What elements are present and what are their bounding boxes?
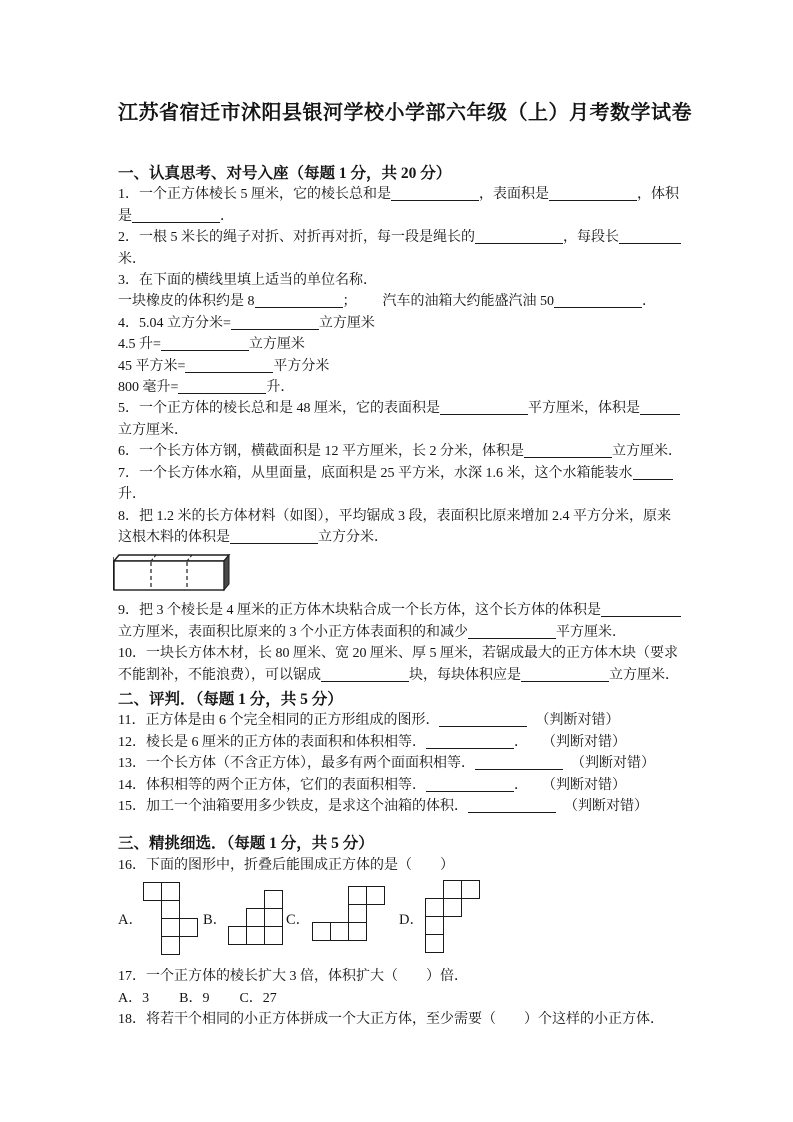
question-14: 14．体积相等的两个正方体，它们的表面积相等．．（判断对错） <box>118 775 680 796</box>
net-cell <box>425 898 444 917</box>
question-2-cont: 米． <box>118 249 680 270</box>
net-option-label-b: B． <box>203 908 227 929</box>
answer-blank <box>619 231 681 244</box>
question-8: 8．把 1.2 米的长方体材料（如图），平均锯成 3 段，表面积比原来增加 2.… <box>118 506 680 527</box>
question-8-cont: 这根木料的体积是立方分米． <box>118 527 680 548</box>
net-cell <box>246 926 265 945</box>
question-10: 10．一块长方体木材，长 80 厘米、宽 20 厘米、厚 5 厘米，若锯成最大的… <box>118 643 680 664</box>
text-run: ）个这样的小正方体． <box>524 1012 664 1027</box>
answer-blank <box>178 381 266 394</box>
answer-blank <box>440 402 528 415</box>
answer-blank <box>230 531 318 544</box>
question-7: 7．一个长方体水箱，从里面量，底面积是 25 平方米，水深 1.6 米，这个水箱… <box>118 463 680 484</box>
question-9-cont: 立方厘米，表面积比原来的 3 个小正方体表面积的和减少平方厘米． <box>118 622 680 643</box>
text-run: 汽车的油箱大约能盛汽油 50 <box>383 294 555 309</box>
text-run: 二、评判．（每题 1 分，共 5 分） <box>118 691 343 708</box>
text-run: ，表面积是 <box>479 187 549 202</box>
text-run: 12．棱长是 6 厘米的正方体的表面积和体积相等． <box>118 735 426 750</box>
net-cell <box>348 886 367 905</box>
text-run: 立方厘米． <box>612 444 682 459</box>
question-17: 17．一个正方体的棱长扩大 3 倍，体积扩大（）倍． <box>118 966 680 987</box>
text-run: 立方厘米，表面积比原来的 3 个小正方体表面积的和减少 <box>118 625 468 640</box>
text-run: （判断对错） <box>535 713 619 728</box>
text-run: ，体积 <box>637 187 679 202</box>
text-run: 一、认真思考、对号入座（每题 1 分，共 20 分） <box>118 165 451 182</box>
text-run: B．9 <box>179 991 209 1006</box>
text-run: ． <box>642 294 656 309</box>
text-run: ） <box>440 858 454 873</box>
text-run: 三、精挑细选．（每题 1 分，共 5 分） <box>118 835 374 852</box>
spacer-gap <box>496 1022 524 1023</box>
spacer-gap <box>528 788 542 789</box>
text-run: 平方厘米，体积是 <box>528 401 640 416</box>
text-run: ． <box>514 735 528 750</box>
text-run: （判断对错） <box>542 778 626 793</box>
exam-page: 江苏省宿迁市沭阳县银河学校小学部六年级（上）月考数学试卷 一、认真思考、对号入座… <box>0 0 793 1122</box>
text-run: 立方厘米． <box>609 668 679 683</box>
question-2: 2．一根 5 米长的绳子对折、对折再对折，每一段是绳长的，每段长 <box>118 227 680 248</box>
answer-blank <box>161 338 249 351</box>
text-run: 4.5 升= <box>118 337 161 352</box>
net-cell <box>425 916 444 935</box>
net-cell <box>443 880 462 899</box>
text-run: 17．一个正方体的棱长扩大 3 倍，体积扩大（ <box>118 969 398 984</box>
spacer-gap <box>149 1001 179 1002</box>
text-run: 升． <box>266 380 294 395</box>
answer-blank <box>475 231 563 244</box>
answer-blank <box>439 714 527 727</box>
answer-blank <box>633 467 673 480</box>
answer-blank <box>475 757 563 770</box>
text-run: 2．一根 5 米长的绳子对折、对折再对折，每一段是绳长的 <box>118 230 475 245</box>
text-run: 1．一个正方体棱长 5 厘米，它的棱长总和是 <box>118 187 391 202</box>
answer-blank <box>321 669 409 682</box>
text-run: 6．一个长方体方钢，横截面积是 12 平方厘米，长 2 分米，体积是 <box>118 444 524 459</box>
net-cell <box>312 922 331 941</box>
text-run: 8．把 1.2 米的长方体材料（如图），平均锯成 3 段，表面积比原来增加 2.… <box>118 509 671 524</box>
text-run: ，每段长 <box>563 230 619 245</box>
question-4-b: 4.5 升=立方厘米 <box>118 334 680 355</box>
text-run: （判断对错） <box>542 735 626 750</box>
net-cell <box>264 926 283 945</box>
net-cell <box>264 908 283 927</box>
question-16: 16．下面的图形中，折叠后能围成正方体的是（） <box>118 855 680 876</box>
question-6: 6．一个长方体方钢，横截面积是 12 平方厘米，长 2 分米，体积是立方厘米． <box>118 441 680 462</box>
sawed-box-drawing <box>113 554 235 592</box>
text-run: 15．加工一个油箱要用多少铁皮，是求这个油箱的体积． <box>118 799 468 814</box>
net-option-label-d: D． <box>399 908 424 929</box>
spacer-gap <box>412 868 440 869</box>
text-run: 18．将若干个相同的小正方体拼成一个大正方体，至少需要（ <box>118 1012 496 1027</box>
text-run: （判断对错） <box>571 756 655 771</box>
question-15: 15．加工一个油箱要用多少铁皮，是求这个油箱的体积．（判断对错） <box>118 796 680 817</box>
question-9: 9．把 3 个棱长是 4 厘米的正方体木块粘合成一个长方体，这个长方体的体积是 <box>118 600 680 621</box>
text-run: 7．一个长方体水箱，从里面量，底面积是 25 平方米，水深 1.6 米，这个水箱… <box>118 466 633 481</box>
text-run: ． <box>514 778 528 793</box>
net-option-label-a: A． <box>118 908 143 929</box>
text-run: 800 毫升= <box>118 380 178 395</box>
net-cell <box>246 908 265 927</box>
text-run: 3．在下面的横线里填上适当的单位名称． <box>118 273 377 288</box>
text-run: 一块橡皮的体积约是 8 <box>118 294 255 309</box>
net-cell <box>366 886 385 905</box>
net-cell <box>161 936 180 955</box>
exam-title: 江苏省宿迁市沭阳县银河学校小学部六年级（上）月考数学试卷 <box>118 99 680 127</box>
question-7-cont: 升． <box>118 484 680 505</box>
text-run: 这根木料的体积是 <box>118 530 230 545</box>
answer-blank <box>468 626 556 639</box>
text-run: 立方分米． <box>318 530 388 545</box>
section-1-heading: 一、认真思考、对号入座（每题 1 分，共 20 分） <box>118 163 680 184</box>
question-4-c: 45 平方米=平方分米 <box>118 356 680 377</box>
answer-blank <box>255 295 343 308</box>
answer-blank <box>185 360 273 373</box>
text-run: 16．下面的图形中，折叠后能围成正方体的是（ <box>118 858 412 873</box>
net-cell <box>228 926 247 945</box>
text-run: C．27 <box>239 991 276 1006</box>
text-run: 升． <box>118 487 146 502</box>
text-run: 米． <box>118 252 146 267</box>
question-5-cont: 立方厘米． <box>118 420 680 441</box>
spacer-gap <box>563 766 571 767</box>
question-5: 5．一个正方体的棱长总和是 48 厘米，它的表面积是平方厘米，体积是 <box>118 398 680 419</box>
net-option-label-c: C． <box>286 908 310 929</box>
text-run: 14．体积相等的两个正方体，它们的表面积相等． <box>118 778 426 793</box>
question-12: 12．棱长是 6 厘米的正方体的表面积和体积相等．．（判断对错） <box>118 732 680 753</box>
question-11: 11．正方体是由 6 个完全相同的正方形组成的图形．（判断对错） <box>118 710 680 731</box>
net-cell <box>161 918 180 937</box>
question-13: 13．一个长方体（不含正方体），最多有两个面面积相等．（判断对错） <box>118 753 680 774</box>
net-cell <box>425 934 444 953</box>
answer-blank <box>468 800 556 813</box>
text-run: 11．正方体是由 6 个完全相同的正方形组成的图形． <box>118 713 439 728</box>
text-run: 不能割补，不能浪费），可以锯成 <box>118 668 321 683</box>
text-run: 9．把 3 个棱长是 4 厘米的正方体木块粘合成一个长方体，这个长方体的体积是 <box>118 603 601 618</box>
text-run: 立方厘米． <box>118 423 188 438</box>
question-1: 1．一个正方体棱长 5 厘米，它的棱长总和是，表面积是，体积 <box>118 184 680 205</box>
question-17-options: A．3B．9C．27 <box>118 988 680 1009</box>
net-cell <box>348 922 367 941</box>
answer-blank <box>391 188 479 201</box>
section-3-heading: 三、精挑细选．（每题 1 分，共 5 分） <box>118 833 680 854</box>
cube-net-options-figure: A．B．C．D． <box>118 876 680 966</box>
net-cell <box>264 890 283 909</box>
answer-blank <box>521 669 609 682</box>
net-cell <box>143 882 162 901</box>
net-cell <box>161 900 180 919</box>
sawed-box-figure <box>113 554 680 594</box>
answer-blank <box>231 317 319 330</box>
text-run: 立方厘米 <box>249 337 305 352</box>
text-run: 块，每块体积应是 <box>409 668 521 683</box>
text-run: 45 平方米= <box>118 359 185 374</box>
question-3: 3．在下面的横线里填上适当的单位名称． <box>118 270 680 291</box>
doc-content: 江苏省宿迁市沭阳县银河学校小学部六年级（上）月考数学试卷 一、认真思考、对号入座… <box>118 0 680 1030</box>
answer-blank <box>601 604 681 617</box>
text-run: 10．一块长方体木材，长 80 厘米、宽 20 厘米、厚 5 厘米，若锯成最大的… <box>118 646 678 661</box>
text-run: ）倍． <box>426 969 468 984</box>
answer-blank <box>132 210 220 223</box>
spacer-gap <box>398 979 426 980</box>
question-10-cont: 不能割补，不能浪费），可以锯成块，每块体积应是立方厘米． <box>118 665 680 686</box>
text-run: 平方厘米． <box>556 625 626 640</box>
text-run: 13．一个长方体（不含正方体），最多有两个面面积相等． <box>118 756 475 771</box>
question-3-cont: 一块橡皮的体积约是 8；汽车的油箱大约能盛汽油 50． <box>118 291 680 312</box>
net-cell <box>161 882 180 901</box>
question-1-cont: 是． <box>118 206 680 227</box>
question-4: 4．5.04 立方分米=立方厘米 <box>118 313 680 334</box>
net-cell <box>461 880 480 899</box>
net-cell <box>348 904 367 923</box>
text-run: 立方厘米 <box>319 316 375 331</box>
answer-blank <box>426 736 514 749</box>
net-cell <box>443 898 462 917</box>
text-run: （判断对错） <box>564 799 648 814</box>
spacer-gap <box>556 809 564 810</box>
net-cell <box>330 922 349 941</box>
net-cell <box>179 918 198 937</box>
answer-blank <box>554 295 642 308</box>
text-run: 是 <box>118 209 132 224</box>
text-run: A．3 <box>118 991 149 1006</box>
section-2-heading: 二、评判．（每题 1 分，共 5 分） <box>118 689 680 710</box>
answer-blank <box>549 188 637 201</box>
text-run: ． <box>220 209 234 224</box>
spacer-gap <box>357 304 383 305</box>
answer-blank <box>524 445 612 458</box>
answer-blank <box>640 402 680 415</box>
text-run: 平方分米 <box>273 359 329 374</box>
question-18: 18．将若干个相同的小正方体拼成一个大正方体，至少需要（）个这样的小正方体． <box>118 1009 680 1030</box>
question-4-d: 800 毫升=升． <box>118 377 680 398</box>
spacer-gap <box>209 1001 239 1002</box>
spacer-gap <box>528 745 542 746</box>
text-run: 4．5.04 立方分米= <box>118 316 231 331</box>
text-run: ； <box>343 294 357 309</box>
answer-blank <box>426 779 514 792</box>
text-run: 5．一个正方体的棱长总和是 48 厘米，它的表面积是 <box>118 401 440 416</box>
